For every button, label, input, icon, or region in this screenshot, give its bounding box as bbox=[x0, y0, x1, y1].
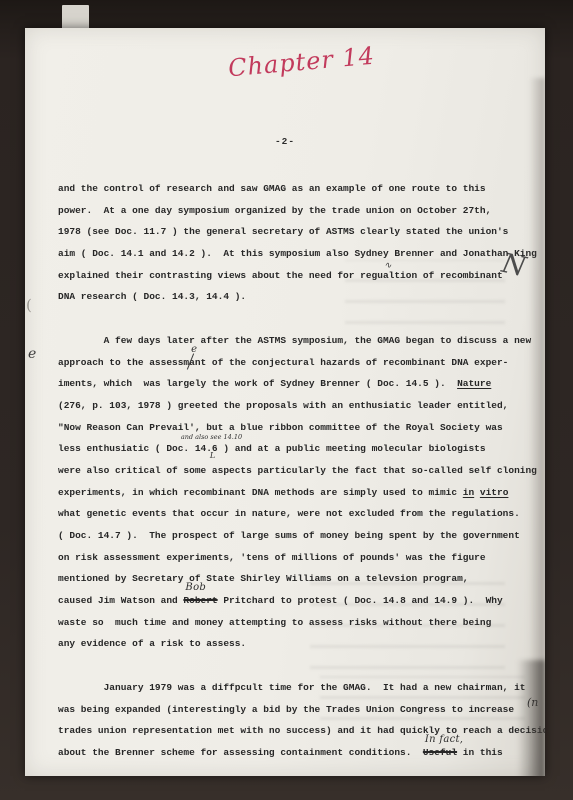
typed-segment: about the Brenner scheme for assessing c… bbox=[58, 747, 423, 758]
typed-segment: "Now Reason Can Prevail', but a blue rib… bbox=[58, 422, 503, 433]
typed-segment: ( Doc. 14.7 ). The prospect of large sum… bbox=[58, 530, 520, 541]
typed-segment: in this bbox=[457, 747, 503, 758]
handwritten-note: e bbox=[191, 344, 197, 355]
typed-line: 1978 (see Doc. 11.7 ) the general secret… bbox=[58, 221, 545, 243]
typed-segment: any evidence of a risk to assess. bbox=[58, 638, 246, 649]
typed-line: and the control of research and saw GMAG… bbox=[58, 178, 545, 200]
margin-paren-mark: ( bbox=[26, 296, 32, 314]
typed-segment: power. At a one day symposium organized … bbox=[58, 205, 491, 216]
typed-line: about the Brenner scheme for assessing c… bbox=[58, 742, 545, 764]
typed-line: A few days later after the ASTMS symposi… bbox=[58, 330, 545, 352]
typed-line: experiments, in which recombinant DNA me… bbox=[58, 482, 545, 504]
typed-line: power. At a one day symposium organized … bbox=[58, 200, 545, 222]
typed-segment: ) and at a public meeting molecular biol… bbox=[218, 443, 486, 454]
typed-segment: DNA research ( Doc. 14.3, 14.4 ). bbox=[58, 291, 246, 302]
typed-line: (276, p. 103, 1978 ) greeted the proposa… bbox=[58, 395, 545, 417]
ink-bleedthrough bbox=[310, 573, 505, 669]
typed-line: trades union representation met with no … bbox=[58, 720, 545, 742]
typed-segment: less enthusiatic ( Doc. bbox=[58, 443, 195, 454]
handwritten-sub-mark: L bbox=[210, 451, 215, 460]
typed-u-segment: Nature bbox=[457, 378, 491, 389]
handwritten-note: and also see 14.10 bbox=[181, 433, 242, 441]
typed-line: ( Doc. 14.7 ). The prospect of large sum… bbox=[58, 525, 545, 547]
ink-bleedthrough bbox=[320, 676, 525, 720]
typed-segment: experiments, in which recombinant DNA me… bbox=[58, 487, 463, 498]
handwritten-chapter-annotation: Chapter 14 bbox=[227, 42, 376, 83]
typed-segment: trades union representation met with no … bbox=[58, 725, 545, 736]
document-page: Chapter 14 -2- ( e N (n and the control … bbox=[25, 28, 545, 776]
handwritten-note: Bob bbox=[185, 582, 206, 593]
photographed-document: { "page": { "handwritten_chapter": "Chap… bbox=[0, 0, 573, 800]
typed-segment: and the control of research and saw GMAG… bbox=[58, 183, 486, 194]
typed-line: "Now Reason Can Prevail', but a blue rib… bbox=[58, 417, 545, 439]
margin-insert-letter: e bbox=[28, 346, 36, 362]
page-edge-shadow bbox=[517, 660, 545, 776]
typed-x-segment: UsefulIn fact, bbox=[423, 747, 457, 758]
typed-line: approach to the assessmaent of the conje… bbox=[58, 352, 545, 374]
typed-line: less enthusiatic ( Doc. 14.6and also see… bbox=[58, 438, 545, 460]
typed-segment: aim ( Doc. 14.1 and 14.2 ). At this symp… bbox=[58, 248, 537, 259]
page-number: -2- bbox=[25, 136, 545, 147]
typed-segment: explained their contrasting views about … bbox=[58, 270, 383, 281]
typed-u-segment: in bbox=[463, 487, 474, 498]
ink-bleedthrough bbox=[345, 260, 505, 324]
typed-segment: (276, p. 103, 1978 ) greeted the proposa… bbox=[58, 400, 508, 411]
typed-ref-segment: 14.6and also see 14.10L bbox=[195, 443, 218, 454]
typed-u-segment: vitro bbox=[480, 487, 509, 498]
typed-segment: caused Jim Watson and bbox=[58, 595, 183, 606]
typed-segment: nt of the conjectural hazards of recombi… bbox=[195, 357, 509, 368]
handwritten-note: In fact, bbox=[425, 734, 463, 745]
typed-segment: on risk assessment experiments, 'tens of… bbox=[58, 552, 486, 563]
typed-segment: iments, which was largely the work of Sy… bbox=[58, 378, 457, 389]
typed-segment: A few days later after the ASTMS symposi… bbox=[58, 335, 531, 346]
typed-x-segment: RobertBob bbox=[183, 595, 217, 606]
typed-segment: approach to the assessm bbox=[58, 357, 189, 368]
typed-segment: were also critical of some aspects parti… bbox=[58, 465, 537, 476]
typed-fix-segment: ae bbox=[189, 357, 195, 368]
typed-line: were also critical of some aspects parti… bbox=[58, 460, 545, 482]
typed-line: on risk assessment experiments, 'tens of… bbox=[58, 547, 545, 569]
typed-segment: what genetic events that occur in nature… bbox=[58, 508, 520, 519]
typed-line: iments, which was largely the work of Sy… bbox=[58, 373, 545, 395]
typed-segment: 1978 (see Doc. 11.7 ) the general secret… bbox=[58, 226, 508, 237]
typed-line: what genetic events that occur in nature… bbox=[58, 503, 545, 525]
